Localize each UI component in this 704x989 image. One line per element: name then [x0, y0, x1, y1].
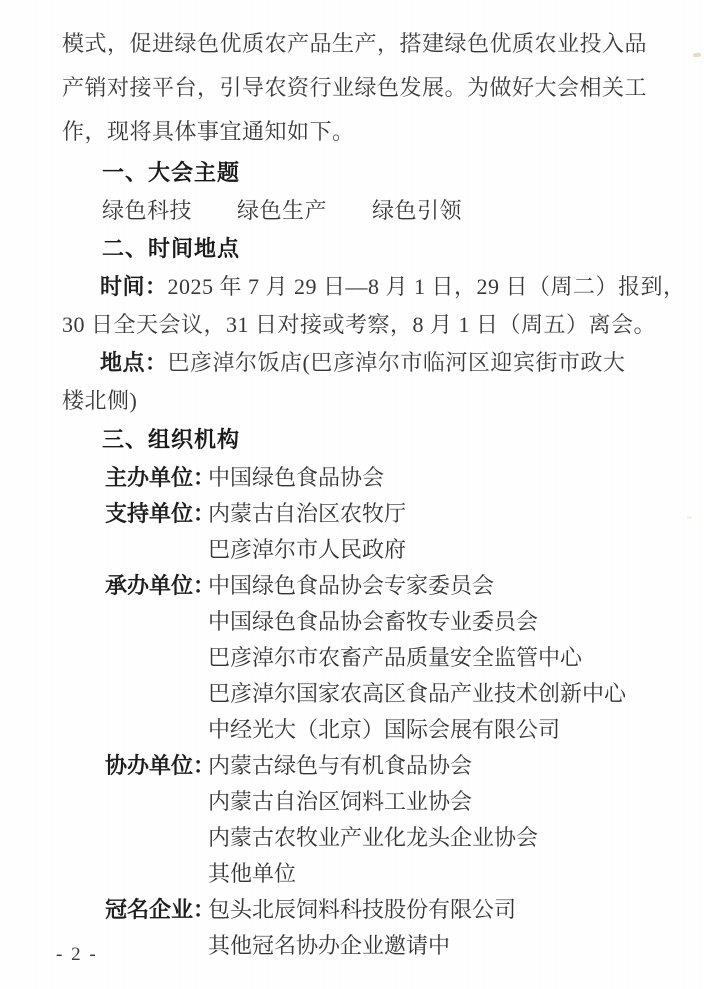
heading-conference-theme: 一、大会主题: [62, 154, 654, 192]
scan-artifact: [687, 516, 692, 519]
org-value: 内蒙古绿色与有机食品协会: [208, 748, 472, 784]
org-label-coorganizer: 协办单位：: [105, 748, 208, 784]
org-row-organizer: 承办单位： 中国绿色食品协会专家委员会: [62, 568, 654, 604]
heading-organization: 三、组织机构: [62, 420, 654, 460]
org-value-cont: 内蒙古自治区饲料工业协会: [62, 784, 654, 820]
heading-time-place: 二、时间地点: [62, 230, 654, 268]
org-row-coorganizer: 协办单位： 内蒙古绿色与有机食品协会: [62, 748, 654, 784]
org-label-title-sponsor: 冠名企业：: [105, 892, 208, 928]
org-row-host: 主办单位： 中国绿色食品协会: [62, 460, 654, 496]
org-row-title-sponsor: 冠名企业： 包头北辰饲料科技股份有限公司: [62, 892, 654, 928]
document-page: 模式，促进绿色优质农产品生产，搭建绿色优质农业投入品 产销对接平台，引导农资行业…: [0, 0, 704, 989]
org-value-cont: 巴彦淖尔国家农高区食品产业技术创新中心: [62, 676, 654, 712]
org-label-host: 主办单位：: [105, 460, 208, 496]
place-text: 巴彦淖尔饭店(巴彦淖尔市临河区迎宾街市政大: [168, 350, 626, 375]
org-value: 中国绿色食品协会专家委员会: [208, 568, 494, 604]
place-line-1: 地点：巴彦淖尔饭店(巴彦淖尔市临河区迎宾街市政大: [62, 344, 654, 382]
org-value: 中国绿色食品协会: [208, 460, 384, 496]
intro-line-3: 作，现将具体事宜通知如下。: [62, 110, 654, 154]
intro-line-2: 产销对接平台，引导农资行业绿色发展。为做好大会相关工: [62, 66, 654, 110]
org-row-support: 支持单位： 内蒙古自治区农牧厅: [62, 496, 654, 532]
org-value: 包头北辰饲料科技股份有限公司: [208, 892, 516, 928]
place-line-2: 楼北侧): [62, 382, 654, 420]
org-label-organizer: 承办单位：: [105, 568, 208, 604]
time-line-1: 时间：2025 年 7 月 29 日—8 月 1 日，29 日（周二）报到，: [62, 268, 654, 306]
org-value-cont: 其他冠名协办企业邀请中: [62, 928, 654, 964]
org-value-cont: 巴彦淖尔市农畜产品质量安全监管中心: [62, 640, 654, 676]
intro-line-1: 模式，促进绿色优质农产品生产，搭建绿色优质农业投入品: [62, 22, 654, 66]
org-value-cont: 中国绿色食品协会畜牧专业委员会: [62, 604, 654, 640]
time-line-2: 30 日全天会议，31 日对接或考察，8 月 1 日（周五）离会。: [62, 306, 654, 344]
org-value: 内蒙古自治区农牧厅: [208, 496, 406, 532]
place-label: 地点：: [100, 350, 168, 375]
page-number: - 2 -: [56, 944, 98, 966]
org-value-cont: 其他单位: [62, 856, 654, 892]
conference-theme-text: 绿色科技 绿色生产 绿色引领: [62, 192, 654, 230]
org-label-support: 支持单位：: [105, 496, 208, 532]
org-value-cont: 巴彦淖尔市人民政府: [62, 532, 654, 568]
time-label: 时间：: [100, 274, 168, 299]
org-value-cont: 内蒙古农牧业产业化龙头企业协会: [62, 820, 654, 856]
scan-artifact: [693, 52, 701, 57]
time-text: 2025 年 7 月 29 日—8 月 1 日，29 日（周二）报到，: [168, 274, 686, 299]
org-value-cont: 中经光大（北京）国际会展有限公司: [62, 712, 654, 748]
